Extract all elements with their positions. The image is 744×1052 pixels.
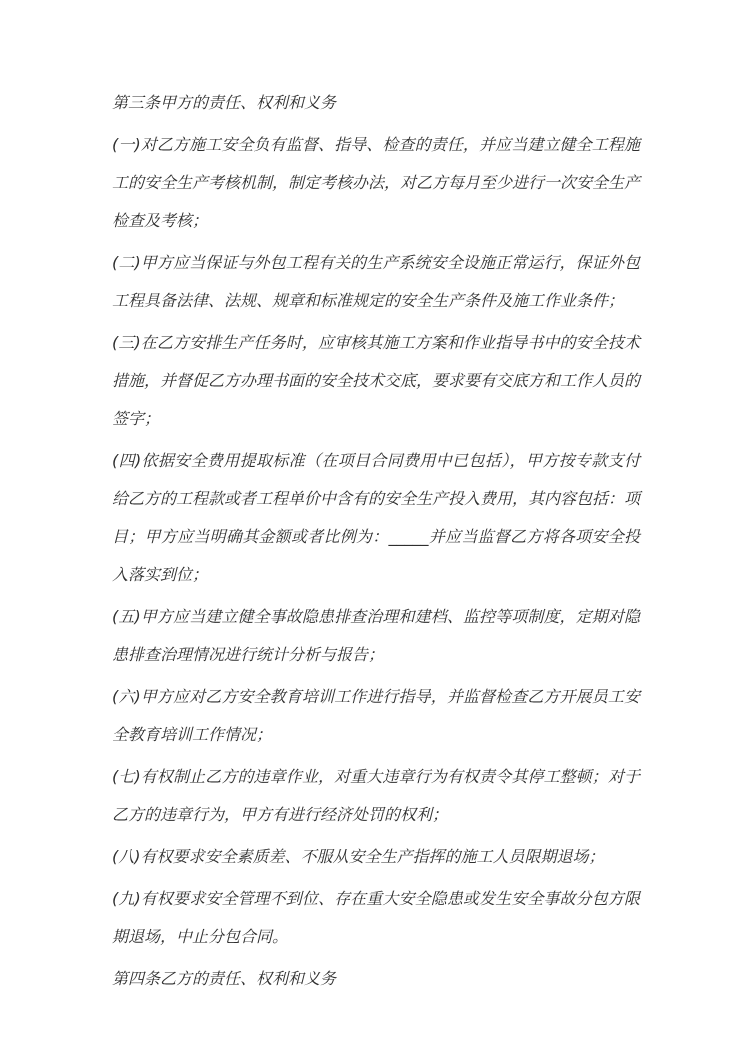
article-4-heading: 第四条乙方的责任、权利和义务 <box>112 960 640 998</box>
article-3-clause-9: (九)有权要求安全管理不到位、存在重大安全隐患或发生安全事故分包方限期退场，中止… <box>112 880 640 956</box>
article-3-clause-2: (二)甲方应当保证与外包工程有关的生产系统安全设施正常运行，保证外包工程具备法律… <box>112 244 640 320</box>
document-page: 第三条甲方的责任、权利和义务 (一)对乙方施工安全负有监督、指导、检查的责任，并… <box>0 0 744 1052</box>
article-3-clause-6: (六)甲方应对乙方安全教育培训工作进行指导，并监督检查乙方开展员工安全教育培训工… <box>112 678 640 754</box>
article-3-clause-5: (五)甲方应当建立健全事故隐患排查治理和建档、监控等项制度，定期对隐患排查治理情… <box>112 598 640 674</box>
article-3-clause-7: (七)有权制止乙方的违章作业，对重大违章行为有权责令其停工整顿；对于乙方的违章行… <box>112 758 640 834</box>
article-3-heading: 第三条甲方的责任、权利和义务 <box>112 84 640 122</box>
article-3-clause-4: (四)依据安全费用提取标准（在项目合同费用中已包括），甲方按专款支付给乙方的工程… <box>112 442 640 594</box>
contract-text-block: 第三条甲方的责任、权利和义务 (一)对乙方施工安全负有监督、指导、检查的责任，并… <box>112 84 640 998</box>
article-3-clause-3: (三)在乙方安排生产任务时，应审核其施工方案和作业指导书中的安全技术措施，并督促… <box>112 324 640 438</box>
article-3-clause-1: (一)对乙方施工安全负有监督、指导、检查的责任，并应当建立健全工程施工的安全生产… <box>112 126 640 240</box>
article-3-clause-8: (八)有权要求安全素质差、不服从安全生产指挥的施工人员限期退场； <box>112 838 640 876</box>
